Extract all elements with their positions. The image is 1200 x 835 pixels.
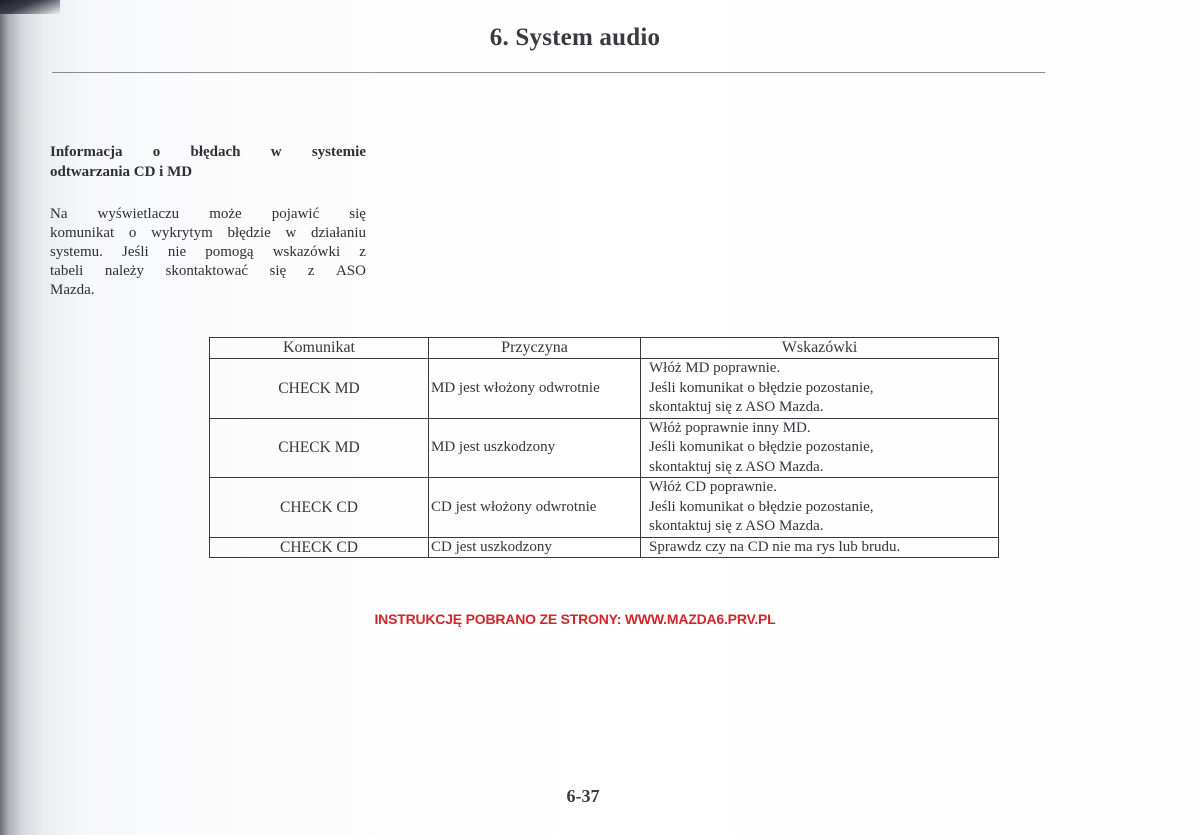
paragraph-line: Mazda. bbox=[50, 281, 366, 300]
paragraph-word: należy bbox=[105, 262, 144, 281]
cause-cell: CD jest włożony odwrotnie bbox=[429, 478, 641, 538]
message-cell: CHECK CD bbox=[210, 478, 429, 538]
hint-line: skontaktuj się z ASO Mazda. bbox=[649, 458, 994, 478]
column-header-hints: Wskazówki bbox=[641, 338, 999, 359]
cause-cell: MD jest uszkodzony bbox=[429, 418, 641, 478]
error-messages-table: Komunikat Przyczyna Wskazówki CHECK MDMD… bbox=[209, 337, 999, 558]
hints-cell: Sprawdz czy na CD nie ma rys lub brudu. bbox=[641, 537, 999, 557]
paragraph-word: Na bbox=[50, 205, 68, 224]
hint-line: skontaktuj się z ASO Mazda. bbox=[649, 517, 994, 537]
paragraph-word: z bbox=[308, 262, 315, 281]
paragraph-word: wskazówki bbox=[273, 243, 341, 262]
paragraph-word: z bbox=[359, 243, 366, 262]
paragraph-word: pomogą bbox=[205, 243, 253, 262]
cause-cell: MD jest włożony odwrotnie bbox=[429, 359, 641, 419]
paragraph-word: pojawić bbox=[272, 205, 319, 224]
paragraph-word: ASO bbox=[336, 262, 366, 281]
paragraph-word: o bbox=[129, 224, 137, 243]
paragraph-word: Jeśli bbox=[122, 243, 149, 262]
hint-line: skontaktuj się z ASO Mazda. bbox=[649, 398, 994, 418]
paragraph-word: wyświetlaczu bbox=[98, 205, 180, 224]
download-source-note: INSTRUKCJĘ POBRANO ZE STRONY: WWW.MAZDA6… bbox=[0, 611, 1150, 627]
hints-cell: Włóż MD poprawnie.Jeśli komunikat o błęd… bbox=[641, 359, 999, 419]
paragraph-line: Nawyświetlaczumożepojawićsię bbox=[50, 205, 366, 224]
message-cell: CHECK MD bbox=[210, 359, 429, 419]
paragraph-word: błędzie bbox=[227, 224, 270, 243]
table-row: CHECK MDMD jest włożony odwrotnieWłóż MD… bbox=[210, 359, 999, 419]
message-cell: CHECK MD bbox=[210, 418, 429, 478]
column-header-message: Komunikat bbox=[210, 338, 429, 359]
paragraph-word: komunikat bbox=[50, 224, 114, 243]
message-cell: CHECK CD bbox=[210, 537, 429, 557]
table-header-row: Komunikat Przyczyna Wskazówki bbox=[210, 338, 999, 359]
section-heading: Informacja o błędach w systemie odtwarza… bbox=[50, 142, 366, 182]
paragraph-word: działaniu bbox=[311, 224, 366, 243]
page-number: 6-37 bbox=[0, 786, 1166, 807]
paragraph-word: nie bbox=[168, 243, 186, 262]
paragraph-line: komunikatowykrytymbłędziewdziałaniu bbox=[50, 224, 366, 243]
hint-line: Włóż poprawnie inny MD. bbox=[649, 419, 994, 439]
table-row: CHECK CDCD jest uszkodzonySprawdz czy na… bbox=[210, 537, 999, 557]
hints-cell: Włóż poprawnie inny MD.Jeśli komunikat o… bbox=[641, 418, 999, 478]
column-header-cause: Przyczyna bbox=[429, 338, 641, 359]
paragraph-word: się bbox=[270, 262, 287, 281]
paragraph-word: tabeli bbox=[50, 262, 83, 281]
table-row: CHECK CDCD jest włożony odwrotnieWłóż CD… bbox=[210, 478, 999, 538]
heading-word: o bbox=[153, 142, 161, 162]
heading-word: w bbox=[271, 142, 282, 162]
paragraph-word: skontaktować bbox=[166, 262, 248, 281]
paragraph-word: wykrytym bbox=[151, 224, 213, 243]
paragraph-word: się bbox=[349, 205, 366, 224]
paragraph-line: systemu.Jeśliniepomogąwskazówkiz bbox=[50, 243, 366, 262]
scan-edge-shadow bbox=[0, 0, 60, 14]
heading-word: systemie bbox=[312, 142, 366, 162]
paragraph-word: w bbox=[285, 224, 296, 243]
table-row: CHECK MDMD jest uszkodzonyWłóż poprawnie… bbox=[210, 418, 999, 478]
page-title: 6. System audio bbox=[0, 24, 1150, 52]
header-divider bbox=[52, 72, 1045, 73]
paragraph-word: może bbox=[209, 205, 241, 224]
cause-cell: CD jest uszkodzony bbox=[429, 537, 641, 557]
section-paragraph: Nawyświetlaczumożepojawićsiękomunikatowy… bbox=[50, 205, 366, 300]
hint-line: Jeśli komunikat o błędzie pozostanie, bbox=[649, 498, 994, 518]
hint-line: Jeśli komunikat o błędzie pozostanie, bbox=[649, 379, 994, 399]
hint-line: Sprawdz czy na CD nie ma rys lub brudu. bbox=[649, 538, 994, 557]
section-heading-line-1: Informacja o błędach w systemie bbox=[50, 142, 366, 162]
paragraph-line: tabelinależyskontaktowaćsięzASO bbox=[50, 262, 366, 281]
heading-word: Informacja bbox=[50, 142, 122, 162]
heading-word: błędach bbox=[190, 142, 240, 162]
hints-cell: Włóż CD poprawnie.Jeśli komunikat o błęd… bbox=[641, 478, 999, 538]
hint-line: Jeśli komunikat o błędzie pozostanie, bbox=[649, 438, 994, 458]
hint-line: Włóż MD poprawnie. bbox=[649, 359, 994, 379]
section-heading-line-2: odtwarzania CD i MD bbox=[50, 162, 366, 182]
paragraph-word: systemu. bbox=[50, 243, 103, 262]
hint-line: Włóż CD poprawnie. bbox=[649, 478, 994, 498]
